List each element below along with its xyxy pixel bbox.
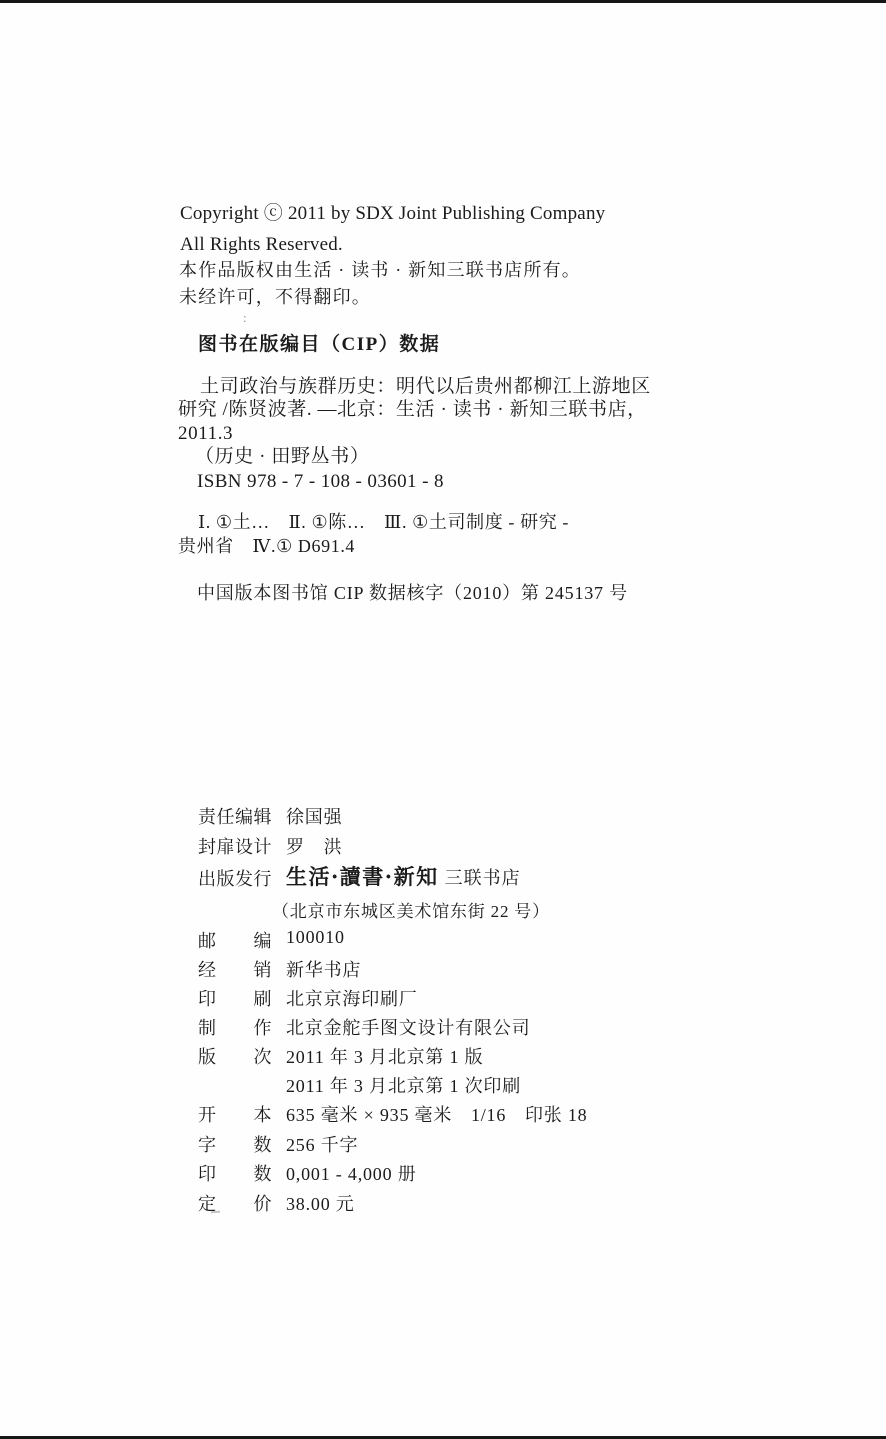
cip-entry-line: 土司政治与族群历史：明代以后贵州都柳江上游地区	[200, 376, 651, 398]
scanned-copyright-page: Copyright ⓒ 2011 by SDX Joint Publishing…	[0, 0, 886, 1439]
colophon-label: 定 价	[198, 1190, 272, 1216]
colophon-value: 徐国强	[286, 803, 342, 829]
classification-line: Ⅰ. ①土… Ⅱ. ①陈… Ⅲ. ①土司制度 - 研究 -	[198, 512, 569, 533]
cip-entry-line: 2011.3	[178, 423, 233, 445]
colophon-value: 2011 年 3 月北京第 1 次印刷	[286, 1072, 521, 1098]
colophon-row: 出版发行 生活·讀書·新知三联书店	[0, 861, 886, 887]
colophon-label: 经 销	[198, 956, 272, 982]
colophon-row: 开 本 635 毫米 × 935 毫米 1/16 印张 18	[0, 1101, 886, 1127]
colophon-label: 字 数	[198, 1131, 272, 1157]
classification-line: 贵州省 Ⅳ.① D691.4	[178, 536, 355, 557]
colophon-label: 开 本	[198, 1101, 272, 1127]
colophon-value: 0,001 - 4,000 册	[286, 1160, 417, 1186]
copyright-line: 未经许可，不得翻印。	[179, 287, 371, 308]
copyright-line: Copyright ⓒ 2011 by SDX Joint Publishing…	[180, 203, 605, 225]
colophon-label: 印 刷	[198, 985, 272, 1011]
publisher-brand-logotype: 生活·讀書·新知	[286, 864, 439, 889]
colophon-row: 印 数 0,001 - 4,000 册	[0, 1160, 886, 1186]
colophon-row: 字 数 256 千字	[0, 1131, 886, 1157]
colophon-value: 罗 洪	[286, 833, 342, 859]
colophon-row: 印 刷 北京京海印刷厂	[0, 985, 886, 1011]
cip-entry-line: 研究 /陈贤波著. —北京：生活 · 读书 · 新知三联书店，	[178, 399, 647, 421]
colophon-value: 635 毫米 × 935 毫米 1/16 印张 18	[286, 1101, 587, 1127]
cip-heading: 图书在版编目（CIP）数据	[198, 334, 440, 356]
colophon-value: 北京京海印刷厂	[286, 985, 418, 1011]
scan-speck: :	[243, 310, 247, 326]
colophon-value: 2011 年 3 月北京第 1 版	[286, 1043, 483, 1069]
colophon-value: 100010	[286, 927, 345, 948]
colophon-row: 2011 年 3 月北京第 1 次印刷	[0, 1072, 886, 1098]
colophon-label: 封扉设计	[198, 833, 272, 859]
colophon-value: 38.00 元	[286, 1190, 355, 1216]
colophon-label: 责任编辑	[198, 803, 272, 829]
colophon-value: 北京金舵手图文设计有限公司	[286, 1014, 530, 1040]
colophon-row: 经 销 新华书店	[0, 956, 886, 982]
colophon-row: 责任编辑 徐国强	[0, 803, 886, 829]
colophon-row: 邮 编 100010	[0, 927, 886, 953]
colophon-row: 封扉设计 罗 洪	[0, 833, 886, 859]
series-note: （历史 · 田野丛书）	[195, 446, 369, 468]
publisher-name: 三联书店	[445, 868, 521, 888]
colophon-value: 新华书店	[286, 956, 361, 982]
colophon-row: （北京市东城区美术馆东街 22 号）	[0, 897, 886, 923]
colophon-label: 版 次	[198, 1043, 272, 1069]
page-edge-top	[0, 0, 886, 3]
colophon-row: 版 次 2011 年 3 月北京第 1 版	[0, 1043, 886, 1069]
colophon-label: 印 数	[198, 1160, 272, 1186]
colophon-row: 制 作 北京金舵手图文设计有限公司	[0, 1014, 886, 1040]
colophon-label: 邮 编	[198, 927, 272, 953]
colophon-value: 256 千字	[286, 1131, 358, 1157]
colophon-row: 定 价 38.00 元	[0, 1190, 886, 1216]
colophon-value: 生活·讀書·新知三联书店	[286, 861, 521, 891]
copyright-line: All Rights Reserved.	[180, 234, 343, 256]
colophon-label: 出版发行	[198, 865, 272, 891]
cip-record-number: 中国版本图书馆 CIP 数据核字（2010）第 245137 号	[197, 583, 628, 604]
publisher-address: （北京市东城区美术馆东街 22 号）	[272, 897, 550, 922]
colophon-label: 制 作	[198, 1014, 272, 1040]
copyright-line: 本作品版权由生活 · 读书 · 新知三联书店所有。	[179, 260, 581, 281]
isbn-line: ISBN 978 - 7 - 108 - 03601 - 8	[197, 471, 444, 493]
